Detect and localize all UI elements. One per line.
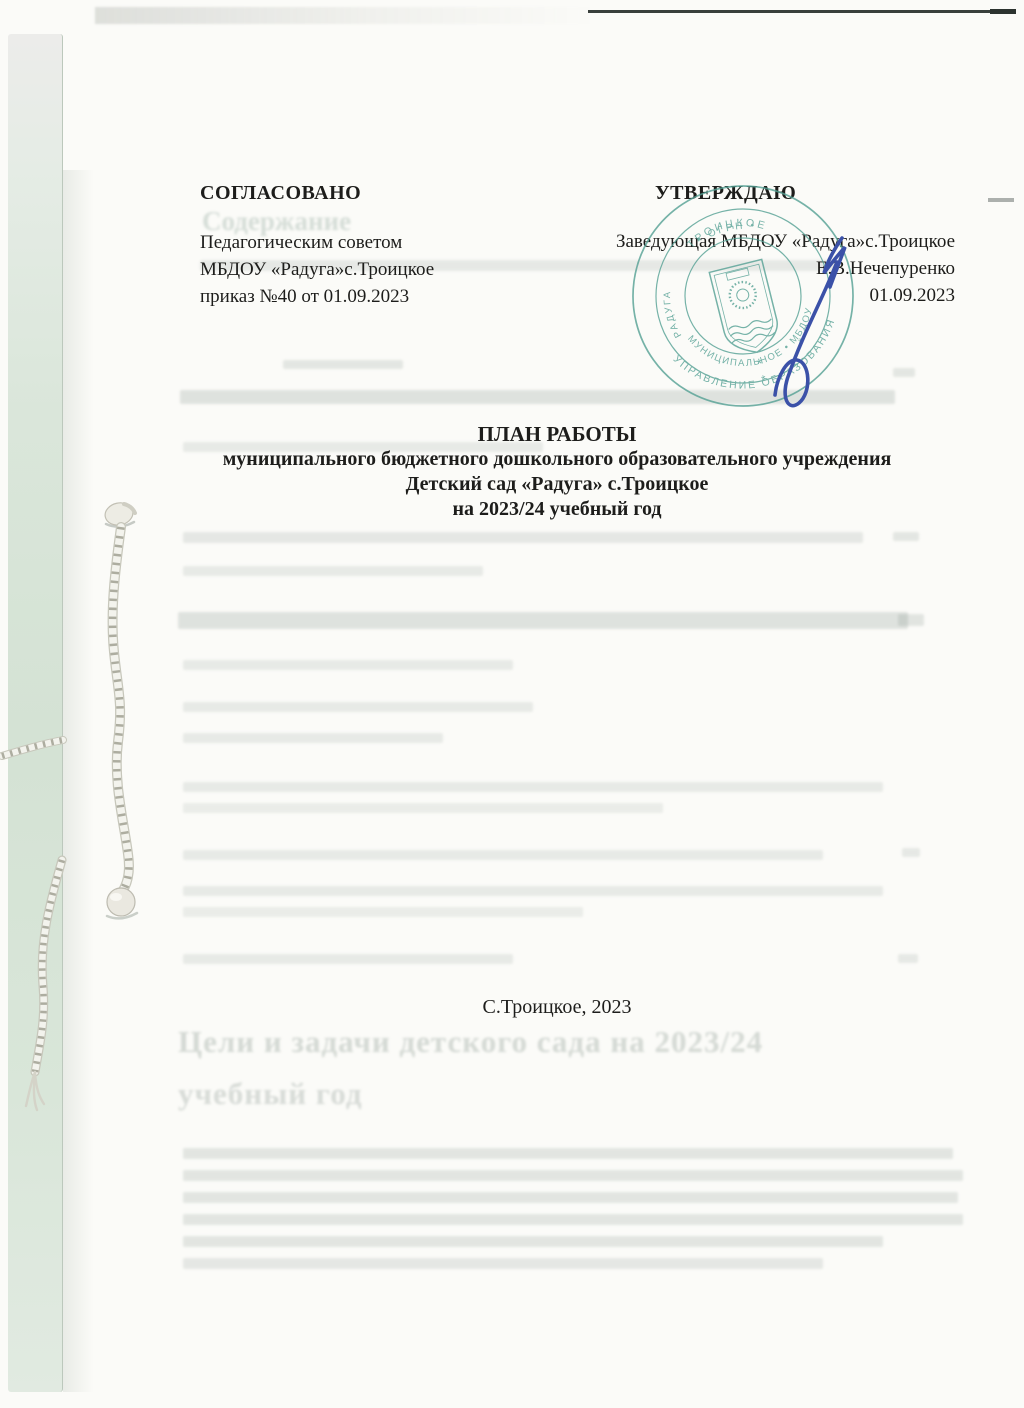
bleedthrough-line <box>898 954 918 963</box>
title-line: муниципального бюджетного дошкольного об… <box>130 447 984 472</box>
bleedthrough-line <box>893 368 915 377</box>
bleedthrough-line <box>183 886 883 896</box>
cord-strand-horizontal <box>2 740 63 756</box>
bleedthrough-line <box>183 566 483 576</box>
document-title: ПЛАН РАБОТЫ муниципального бюджетного до… <box>130 422 984 522</box>
scan-edge-line <box>990 9 1016 14</box>
bleedthrough-line <box>178 612 908 629</box>
bleedthrough-text: учебный год <box>178 1076 363 1112</box>
bleedthrough-line <box>183 733 443 743</box>
scan-mark <box>988 198 1014 202</box>
bleedthrough-line <box>183 660 513 670</box>
bleedthrough-line <box>183 532 863 543</box>
bleedthrough-line <box>183 782 883 792</box>
cord-knot-bottom <box>107 888 137 918</box>
title-line: на 2023/24 учебный год <box>130 497 984 522</box>
bleedthrough-text: Цели и задачи детского сада на 2023/24 <box>178 1024 763 1060</box>
bleedthrough-line <box>183 702 533 712</box>
bleedthrough-line <box>183 850 823 860</box>
agreed-line: МБДОУ «Радуга»с.Троицкое <box>200 256 530 283</box>
bleedthrough-line <box>283 360 403 369</box>
bleedthrough-line <box>183 954 513 964</box>
bleedthrough-line <box>183 1148 953 1159</box>
scanned-document-page: Содержание Цели и задачи детского сада н… <box>0 0 1024 1408</box>
scan-edge-line <box>588 10 1012 13</box>
cord-strand <box>113 527 129 892</box>
signature <box>745 226 865 426</box>
place-and-year: С.Троицкое, 2023 <box>130 996 984 1019</box>
bleedthrough-line <box>902 848 920 857</box>
bleedthrough-line <box>183 1170 963 1181</box>
bleedthrough-line <box>183 1192 958 1203</box>
agreed-line: Педагогическим советом <box>200 229 530 256</box>
bleedthrough-line <box>183 907 583 917</box>
bleedthrough-line <box>898 614 924 626</box>
svg-text:РАДУГА: РАДУГА <box>658 287 685 340</box>
agreed-line: приказ №40 от 01.09.2023 <box>200 283 530 310</box>
stamp-ring-text: РАДУГА <box>658 287 685 340</box>
bleedthrough-line <box>893 532 919 541</box>
agreed-block: СОГЛАСОВАНО Педагогическим советом МБДОУ… <box>200 182 530 310</box>
bleedthrough-line <box>183 1236 883 1247</box>
bleedthrough-line <box>183 803 663 813</box>
title-line: ПЛАН РАБОТЫ <box>130 422 984 447</box>
bleedthrough-line <box>183 1258 823 1269</box>
cord-tail <box>26 860 62 1110</box>
agreed-heading: СОГЛАСОВАНО <box>200 182 530 205</box>
binding-cord <box>0 0 180 1408</box>
title-line: Детский сад «Радуга» с.Троицкое <box>130 472 984 497</box>
bleedthrough-line <box>183 1214 963 1225</box>
